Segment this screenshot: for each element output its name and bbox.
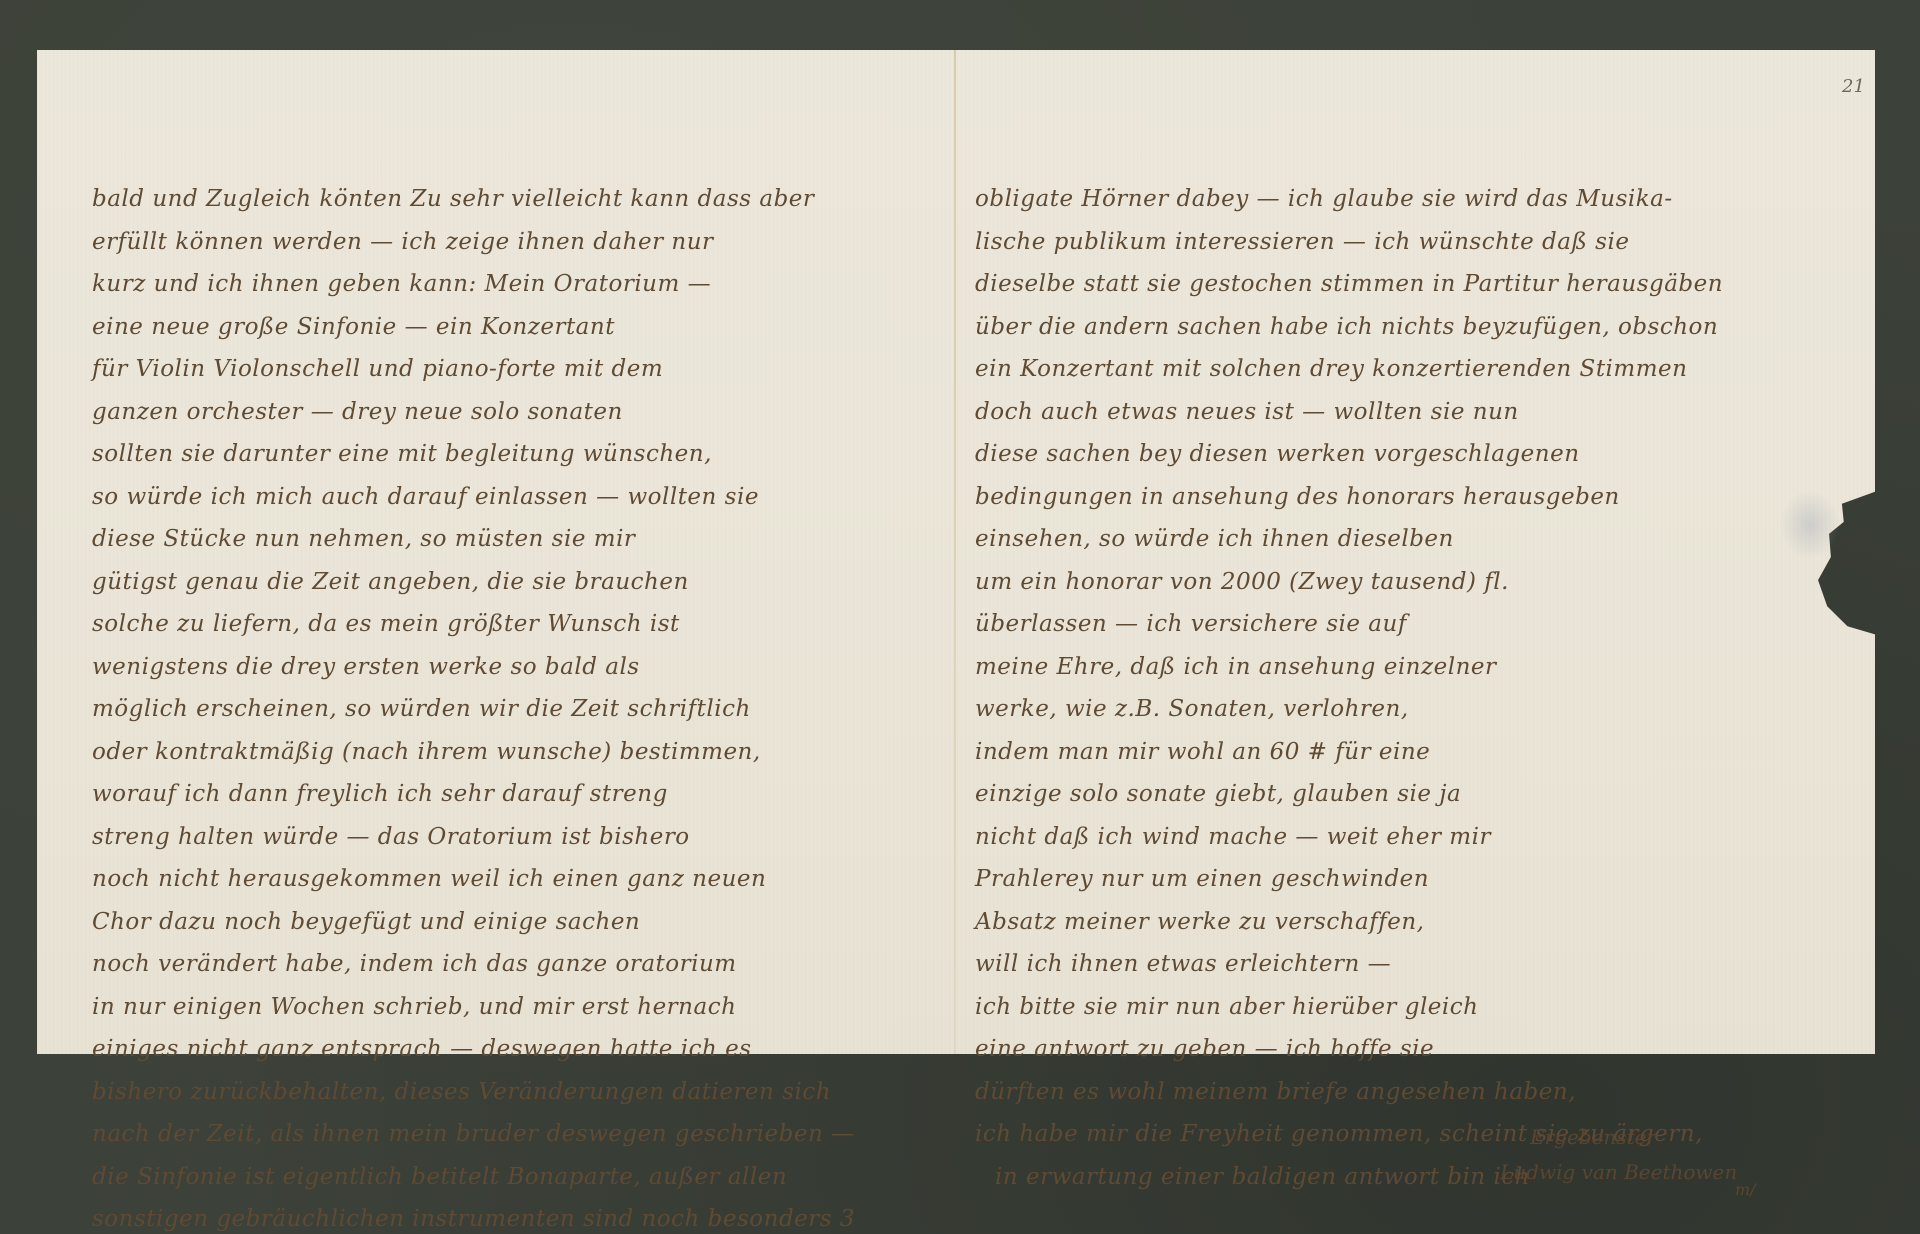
right-line-13: werke, wie z.B. Sonaten, verlohren, — [975, 688, 1775, 731]
left-line-12: wenigstens die drey ersten werke so bald… — [92, 646, 932, 689]
left-line-14: oder kontraktmäßig (nach ihrem wunsche) … — [92, 731, 932, 774]
left-line-15: worauf ich dann freylich ich sehr darauf… — [92, 773, 932, 816]
left-line-6: ganzen orchester — drey neue solo sonate… — [92, 391, 932, 434]
left-line-10: gütigst genau die Zeit angeben, die sie … — [92, 561, 932, 604]
right-line-12: meine Ehre, daß ich in ansehung einzelne… — [975, 646, 1775, 689]
left-line-25: sonstigen gebräuchlichen instrumenten si… — [92, 1198, 932, 1234]
left-line-1: bald und Zugleich könten Zu sehr viellei… — [92, 178, 932, 221]
left-line-24: die Sinfonie ist eigentlich betitelt Bon… — [92, 1156, 932, 1199]
right-line-8: bedingungen in ansehung des honorars her… — [975, 476, 1775, 519]
left-line-19: noch verändert habe, indem ich das ganze… — [92, 943, 932, 986]
left-line-16: streng halten würde — das Oratorium ist … — [92, 816, 932, 859]
right-line-6: doch auch etwas neues ist — wollten sie … — [975, 391, 1775, 434]
right-line-11: überlassen — ich versichere sie auf — [975, 603, 1775, 646]
right-line-16: nicht daß ich wind mache — weit eher mir — [975, 816, 1775, 859]
right-line-5: ein Konzertant mit solchen drey konzerti… — [975, 348, 1775, 391]
right-line-17: Prahlerey nur um einen geschwinden — [975, 858, 1775, 901]
right-line-18: Absatz meiner werke zu verschaffen, — [975, 901, 1775, 944]
right-line-3: dieselbe statt sie gestochen stimmen in … — [975, 263, 1775, 306]
right-line-19: will ich ihnen etwas erleichtern — — [975, 943, 1775, 986]
right-page: obligate Hörner dabey — ich glaube sie w… — [975, 178, 1775, 1198]
right-line-10: um ein honorar von 2000 (Zwey tausend) f… — [975, 561, 1775, 604]
right-line-2: lische publikum interessieren — ich wüns… — [975, 221, 1775, 264]
right-line-14: indem man mir wohl an 60 # für eine — [975, 731, 1775, 774]
left-line-21: einiges nicht ganz entsprach — deswegen … — [92, 1028, 932, 1071]
left-line-18: Chor dazu noch beygefügt und einige sach… — [92, 901, 932, 944]
right-line-21: eine antwort zu geben — ich hoffe sie — [975, 1028, 1775, 1071]
left-line-2: erfüllt können werden — ich zeige ihnen … — [92, 221, 932, 264]
left-line-5: für Violin Violonschell und piano-forte … — [92, 348, 932, 391]
left-line-8: so würde ich mich auch darauf einlassen … — [92, 476, 932, 519]
left-line-23: nach der Zeit, als ihnen mein bruder des… — [92, 1113, 932, 1156]
water-stain — [1780, 490, 1840, 560]
right-line-1: obligate Hörner dabey — ich glaube sie w… — [975, 178, 1775, 221]
left-line-22: bishero zurückbehalten, dieses Veränderu… — [92, 1071, 932, 1114]
left-line-7: sollten sie darunter eine mit begleitung… — [92, 433, 932, 476]
right-line-7: diese sachen bey diesen werken vorgeschl… — [975, 433, 1775, 476]
left-line-4: eine neue große Sinfonie — ein Konzertan… — [92, 306, 932, 349]
folio-number: 21 — [1842, 76, 1865, 97]
left-page: bald und Zugleich könten Zu sehr viellei… — [92, 178, 932, 1234]
closing-salutation: Ergebenster — [1530, 1125, 1656, 1149]
left-line-3: kurz und ich ihnen geben kann: Mein Orat… — [92, 263, 932, 306]
right-line-9: einsehen, so würde ich ihnen dieselben — [975, 518, 1775, 561]
left-line-17: noch nicht herausgekommen weil ich einen… — [92, 858, 932, 901]
right-line-22: dürften es wohl meinem briefe angesehen … — [975, 1071, 1775, 1114]
signature-mark: m/ — [1735, 1180, 1756, 1199]
center-fold — [954, 50, 956, 1054]
right-line-15: einzige solo sonate giebt, glauben sie j… — [975, 773, 1775, 816]
left-line-11: solche zu liefern, da es mein größter Wu… — [92, 603, 932, 646]
right-line-20: ich bitte sie mir nun aber hierüber glei… — [975, 986, 1775, 1029]
left-line-9: diese Stücke nun nehmen, so müsten sie m… — [92, 518, 932, 561]
left-line-20: in nur einigen Wochen schrieb, und mir e… — [92, 986, 932, 1029]
left-line-13: möglich erscheinen, so würden wir die Ze… — [92, 688, 932, 731]
signature: Ludwig van Beethowen — [1500, 1160, 1737, 1184]
right-line-4: über die andern sachen habe ich nichts b… — [975, 306, 1775, 349]
